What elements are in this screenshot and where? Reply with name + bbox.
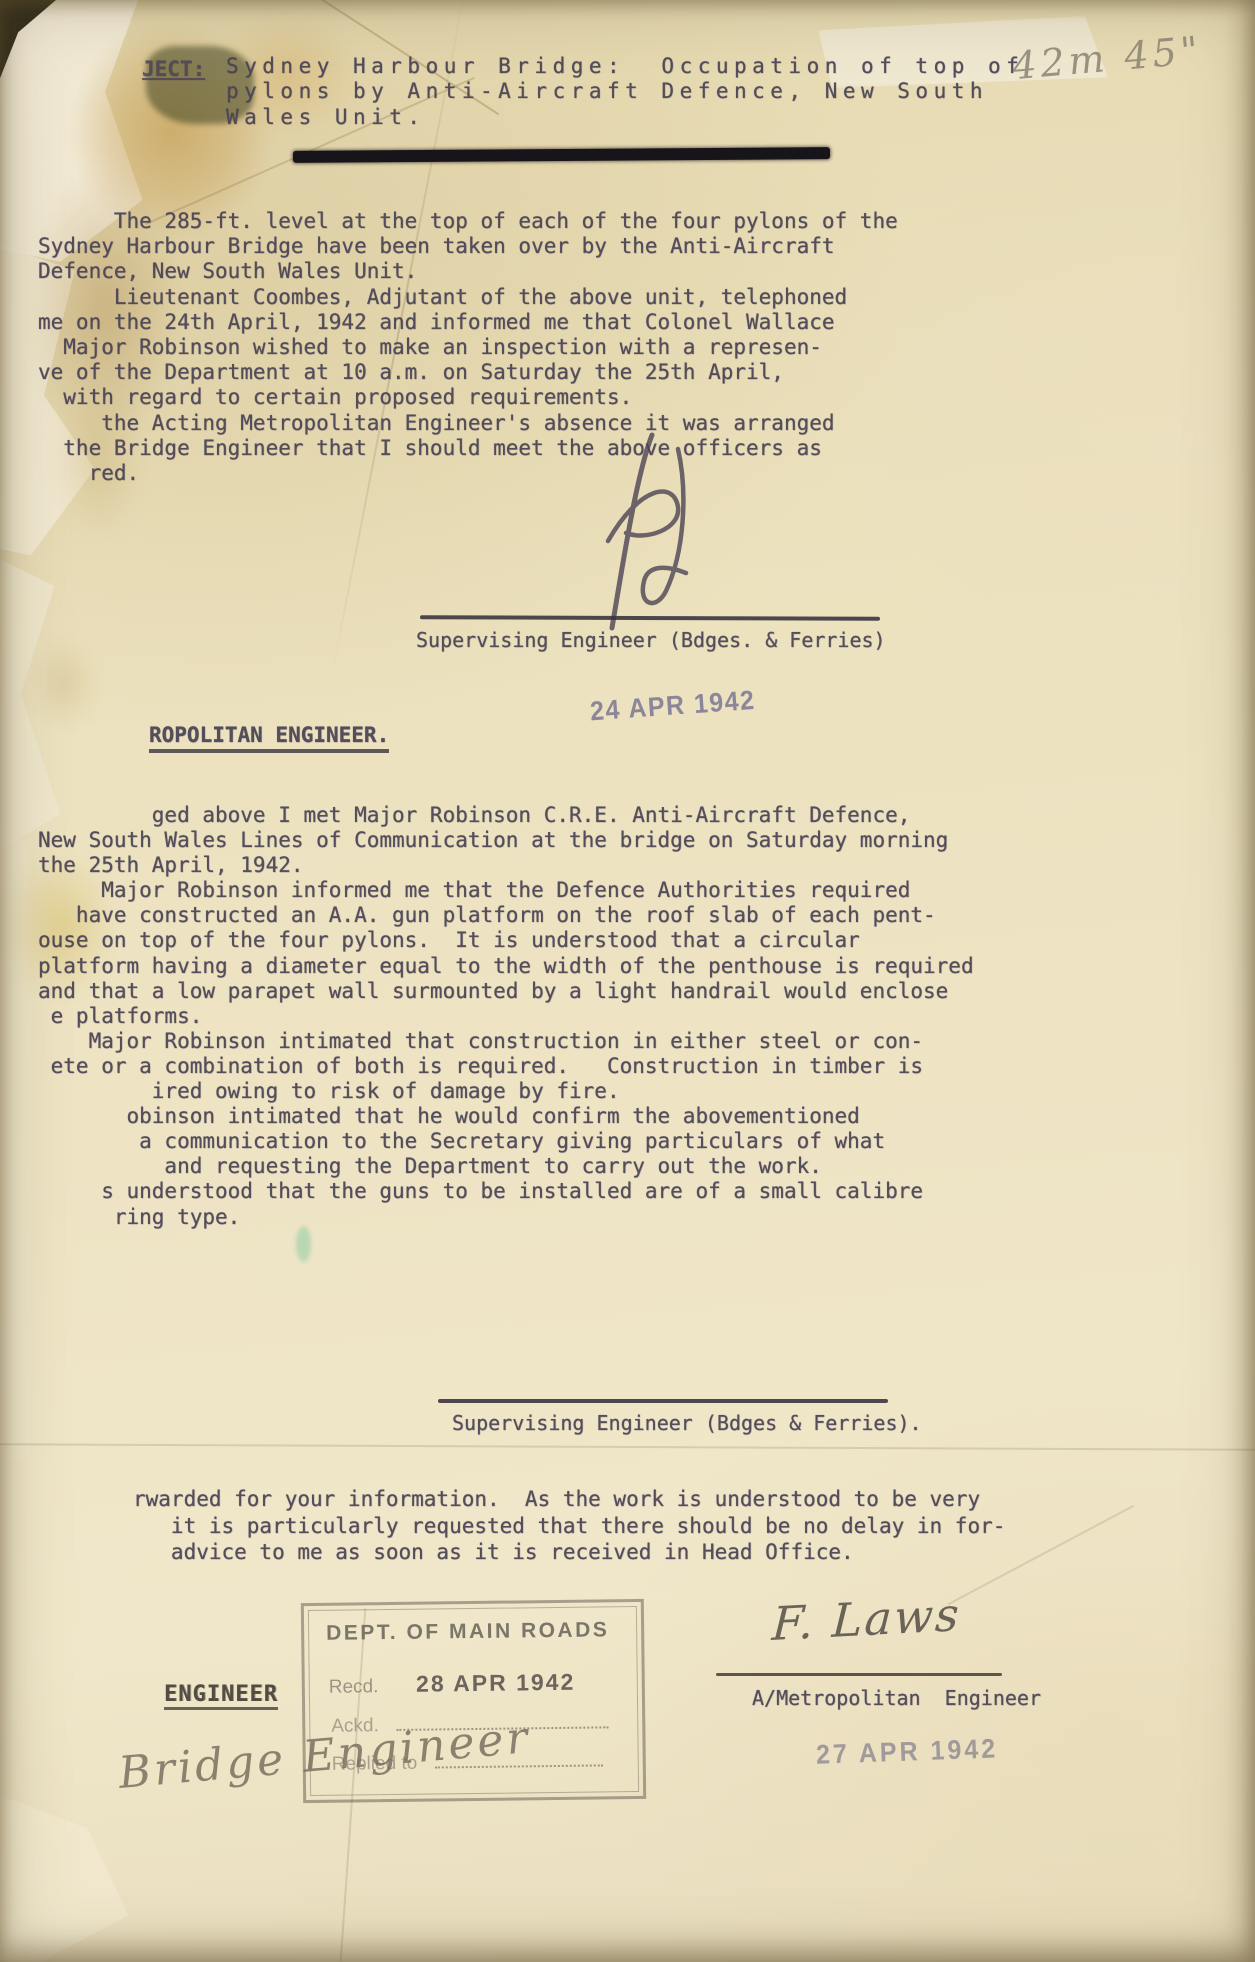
- memo1-body: The 285-ft. level at the top of each of …: [38, 209, 898, 486]
- received-stamp-title: DEPT. OF MAIN ROADS: [326, 1618, 609, 1645]
- received-date: 28 APR 1942: [416, 1669, 576, 1697]
- signature2-rule: [438, 1399, 888, 1403]
- subject-label: JECT:: [142, 57, 205, 82]
- paper-tear: [0, 1795, 135, 1962]
- received-row: Recd. 28 APR 1942: [329, 1669, 576, 1699]
- laws-signature-rule: [716, 1673, 1002, 1676]
- memo2-body: ged above I met Major Robinson C.R.E. An…: [38, 803, 974, 1230]
- memo2-heading: ROPOLITAN ENGINEER.: [149, 723, 389, 753]
- subject-text: Sydney Harbour Bridge: Occupation of top…: [226, 54, 1024, 130]
- signature-initials: RL: [582, 423, 712, 635]
- memo3-body: rwarded for your information. As the wor…: [133, 1486, 1005, 1566]
- handwritten-file-number: 42m 45": [1010, 28, 1203, 88]
- stain: [296, 1226, 311, 1262]
- laws-role: A/Metropolitan Engineer: [752, 1686, 1041, 1711]
- date-stamp-27-apr: 27 APR 1942: [816, 1734, 999, 1772]
- signature1-caption: Supervising Engineer (Bdges. & Ferries): [416, 628, 886, 653]
- stain: [28, 636, 100, 730]
- paper-tear: [0, 840, 28, 1460]
- received-label: Recd.: [329, 1676, 379, 1698]
- signature2-caption: Supervising Engineer (Bdges & Ferries).: [452, 1411, 922, 1436]
- signature-initials-flourish: [582, 423, 712, 635]
- subject-rule: [293, 147, 830, 163]
- crease-line: [0, 1443, 1255, 1450]
- date-stamp-24-apr: 24 APR 1942: [589, 685, 756, 728]
- laws-signature: F. Laws: [771, 1587, 963, 1651]
- signature1-rule: [420, 615, 880, 621]
- document-page: JECT: Sydney Harbour Bridge: Occupation …: [0, 0, 1255, 1962]
- torn-corner-backing: [0, 0, 70, 85]
- addressee-stamp: ENGINEER: [164, 1682, 278, 1710]
